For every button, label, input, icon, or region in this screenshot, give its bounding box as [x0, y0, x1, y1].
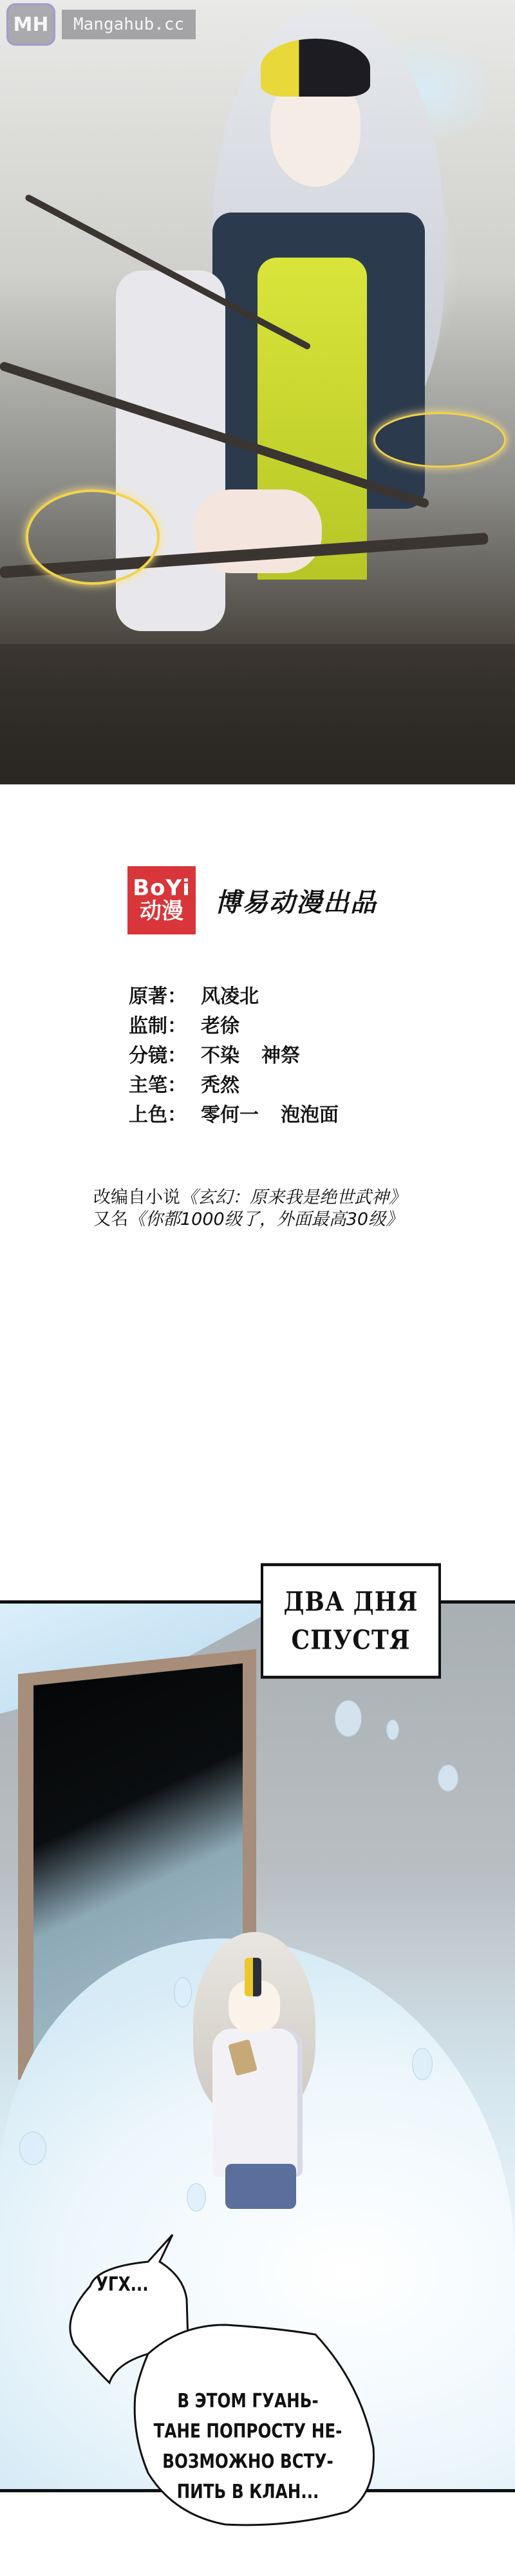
publisher-logo: BoYi 动漫	[127, 866, 196, 934]
credit-role: 主笔：	[129, 1071, 201, 1101]
credit-row-coloring: 上色： 零何一 泡泡面	[129, 1101, 339, 1130]
speech-line: ВОЗМОЖНО ВСТУ-	[135, 2447, 362, 2477]
watermark-text: Mangahub.cc	[62, 10, 196, 39]
novel-title: 《玄幻：原来我是绝世武神》	[180, 1188, 406, 1207]
credit-role: 监制：	[129, 1012, 201, 1041]
snowflake	[438, 1765, 458, 1792]
snowflake	[19, 2132, 46, 2165]
caption-line-2: СПУСТЯ	[291, 1621, 410, 1660]
speech-text-ugh: УГХ...	[96, 2273, 149, 2296]
logo-text-latin: BoYi	[133, 877, 191, 900]
caption-line-1: ДВА ДНЯ	[283, 1582, 418, 1621]
credit-name: 风凌北	[201, 982, 259, 1012]
golden-swirl	[373, 412, 506, 468]
golden-swirl	[26, 489, 160, 585]
credit-name: 不染	[201, 1041, 239, 1071]
credit-name: 秃然	[201, 1071, 239, 1101]
snowflake	[412, 2048, 433, 2080]
time-caption-box: ДВА ДНЯ СПУСТЯ	[261, 1563, 441, 1678]
adaptation-line-2: 又名《你都1000级了，外面最高30级》	[93, 1209, 406, 1231]
logo-text-cjk: 动漫	[140, 900, 183, 923]
speech-line: ТАНЕ ПОПРОСТУ НЕ-	[135, 2416, 362, 2447]
rooftop-shadow	[0, 644, 515, 784]
alias-prefix: 又名	[93, 1209, 128, 1229]
chibi-hair-streak	[245, 1958, 261, 1996]
credit-role: 原著：	[129, 982, 201, 1012]
site-watermark: MH Mangahub.cc	[6, 6, 196, 43]
credit-row-original: 原著： 风凌北	[129, 982, 339, 1012]
credit-row-storyboard: 分镜： 不染 神祭	[129, 1041, 339, 1071]
character-sleeve	[116, 270, 225, 631]
credit-name: 零何一	[201, 1101, 259, 1130]
speech-line: ПИТЬ В КЛАН...	[135, 2477, 362, 2507]
snowflake	[335, 1700, 362, 1737]
watermark-logo: MH	[6, 3, 55, 46]
credit-row-producer: 监制： 老徐	[129, 1012, 339, 1041]
cover-illustration: MH Mangahub.cc	[0, 0, 515, 784]
credit-name: 老徐	[201, 1012, 239, 1041]
speech-text-clan: В ЭТОМ ГУАНЬ- ТАНЕ ПОПРОСТУ НЕ- ВОЗМОЖНО…	[135, 2386, 362, 2507]
snowflake	[386, 1719, 399, 1740]
credits-list: 原著： 风凌北 监制： 老徐 分镜： 不染 神祭 主笔： 秃然 上色： 零何一 …	[129, 982, 339, 1130]
credit-role: 分镜：	[129, 1041, 201, 1071]
credit-row-lead-artist: 主笔： 秃然	[129, 1071, 339, 1101]
chibi-character-robe	[212, 2029, 303, 2177]
credit-role: 上色：	[129, 1101, 201, 1130]
adaptation-line-1: 改编自小说《玄幻：原来我是绝世武神》	[93, 1187, 406, 1209]
novel-alias-title: 《你都1000级了，外面最高30级》	[128, 1209, 403, 1229]
publisher-title: 博易动漫出品	[215, 882, 377, 919]
snowflake	[174, 1977, 192, 2007]
adaptation-note: 改编自小说《玄幻：原来我是绝世武神》 又名《你都1000级了，外面最高30级》	[93, 1187, 406, 1231]
credit-name: 泡泡面	[281, 1101, 339, 1130]
credit-name: 神祭	[261, 1041, 300, 1071]
adaptation-prefix: 改编自小说	[93, 1188, 180, 1207]
speech-line: В ЭТОМ ГУАНЬ-	[135, 2386, 362, 2416]
publisher-header: BoYi 动漫 博易动漫出品	[127, 866, 377, 934]
character-bangs	[261, 39, 370, 97]
